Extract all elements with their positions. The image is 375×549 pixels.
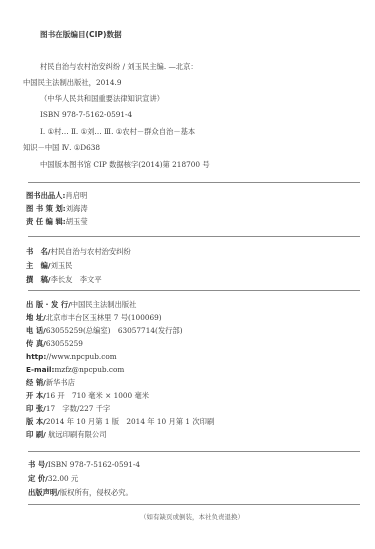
cip-classification-line: Ⅰ. ①村… Ⅱ. ①刘… Ⅲ. ①农村－群众自治－基本: [40, 127, 195, 137]
copyright-page: 图书在版编目(CIP)数据 村民自治与农村治安纠纷 / 刘玉民主编. —北京： …: [0, 0, 375, 549]
footer-row: 定 价/32.00 元: [28, 474, 78, 484]
publisher-label: 电 话/: [26, 326, 46, 335]
publisher-label: 出 版 · 发 行/: [26, 300, 71, 309]
publisher-row: http://www.npcpub.com: [26, 352, 117, 362]
publisher-label: 印 张/: [26, 404, 46, 413]
staff-row: 图 书 策 划:刘海涛: [26, 204, 88, 214]
footer-value: 32.00 元: [48, 474, 79, 483]
staff-label: 图 书 策 划:: [26, 204, 66, 213]
footer-value: ISBN 978-7-5162-0591-4: [48, 460, 140, 469]
divider: [28, 504, 360, 505]
publisher-value: 新华书店: [46, 378, 75, 387]
cip-publisher-line: 中国民主法制出版社，2014.9: [23, 78, 122, 88]
publisher-row: 电 话/63055259(总编室) 63057714(发行部): [26, 326, 183, 336]
staff-row: 责 任 编 辑:胡玉莹: [26, 217, 88, 227]
book-value: 村民自治与农村治安纠纷: [51, 247, 131, 256]
divider: [28, 182, 360, 183]
publisher-label: 版 本/: [26, 417, 46, 426]
publisher-value: 北京市丰台区玉林里 7 号(100069): [46, 313, 162, 322]
staff-row: 图书出品人:肖启明: [26, 191, 87, 201]
cip-isbn-line: ISBN 978-7-5162-0591-4: [40, 110, 132, 120]
cip-title-line: 村民自治与农村治安纠纷 / 刘玉民主编. —北京：: [40, 62, 198, 72]
book-label: 书 名/: [26, 247, 51, 256]
publisher-row: 出 版 · 发 行/中国民主法制出版社: [26, 300, 136, 310]
staff-value: 胡玉莹: [66, 217, 88, 226]
publisher-row: 地 址/北京市丰台区玉林里 7 号(100069): [26, 313, 162, 323]
footer-value: 版权所有，侵权必究。: [60, 488, 133, 497]
cip-record-number: 中国版本图书馆 CIP 数据核字(2014)第 218700 号: [40, 160, 210, 170]
publisher-label: 印 刷/: [26, 430, 46, 439]
book-value: 刘玉民: [51, 261, 73, 270]
cip-series-line: （中华人民共和国重要法律知识宣讲）: [40, 94, 164, 104]
publisher-row: 传 真/63055259: [26, 339, 83, 349]
publisher-row: E-mail:mzfz@npcpub.com: [26, 365, 124, 375]
book-row: 书 名/村民自治与农村治安纠纷: [26, 247, 131, 257]
cip-classification-line-2: 知识－中国 Ⅳ. ①D638: [23, 143, 100, 153]
publisher-value: 2014 年 10 月第 1 版 2014 年 10 月第 1 次印刷: [46, 417, 214, 426]
staff-value: 肖启明: [65, 191, 87, 200]
publisher-row: 印 张/17 字数/227 千字: [26, 404, 110, 414]
return-policy-note: （如有缺页或倒装，本社负责退换）: [140, 512, 244, 522]
publisher-label: 传 真/: [26, 339, 46, 348]
publisher-value: 16 开 710 毫米 × 1000 毫米: [46, 391, 149, 400]
publisher-row: 版 本/2014 年 10 月第 1 版 2014 年 10 月第 1 次印刷: [26, 417, 214, 427]
divider: [28, 236, 360, 237]
staff-label: 责 任 编 辑:: [26, 217, 66, 226]
publisher-label: 经 销/: [26, 378, 46, 387]
staff-label: 图书出品人:: [26, 191, 65, 200]
publisher-value: 63055259(总编室) 63057714(发行部): [46, 326, 183, 335]
publisher-value: 航远印刷有限公司: [46, 430, 107, 439]
publisher-label: E-mail:: [26, 365, 54, 374]
book-value: 李长友 李文平: [51, 275, 102, 284]
book-row: 主 编/刘玉民: [26, 261, 72, 271]
book-row: 撰 稿/李长友 李文平: [26, 275, 102, 285]
cip-heading: 图书在版编目(CIP)数据: [40, 30, 122, 40]
publisher-row: 开 本/16 开 710 毫米 × 1000 毫米: [26, 391, 149, 401]
divider: [28, 451, 360, 452]
publisher-value: 中国民主法制出版社: [71, 300, 137, 309]
publisher-email: mzfz@npcpub.com: [54, 365, 124, 374]
footer-label: 书 号/: [28, 460, 48, 469]
publisher-value: 63055259: [46, 339, 83, 348]
divider: [28, 290, 360, 291]
publisher-website: //www.npcpub.com: [46, 352, 116, 361]
publisher-row: 印 刷/ 航远印刷有限公司: [26, 430, 107, 440]
publisher-row: 经 销/新华书店: [26, 378, 75, 388]
publisher-label: http:: [26, 352, 46, 361]
book-label: 撰 稿/: [26, 275, 51, 284]
book-label: 主 编/: [26, 261, 51, 270]
staff-value: 刘海涛: [66, 204, 88, 213]
footer-label: 定 价/: [28, 474, 48, 483]
footer-label: 出版声明/: [28, 488, 60, 497]
publisher-label: 地 址/: [26, 313, 46, 322]
publisher-label: 开 本/: [26, 391, 46, 400]
footer-row: 出版声明/版权所有，侵权必究。: [28, 488, 133, 498]
publisher-value: 17 字数/227 千字: [46, 404, 110, 413]
footer-row: 书 号/ISBN 978-7-5162-0591-4: [28, 460, 140, 470]
